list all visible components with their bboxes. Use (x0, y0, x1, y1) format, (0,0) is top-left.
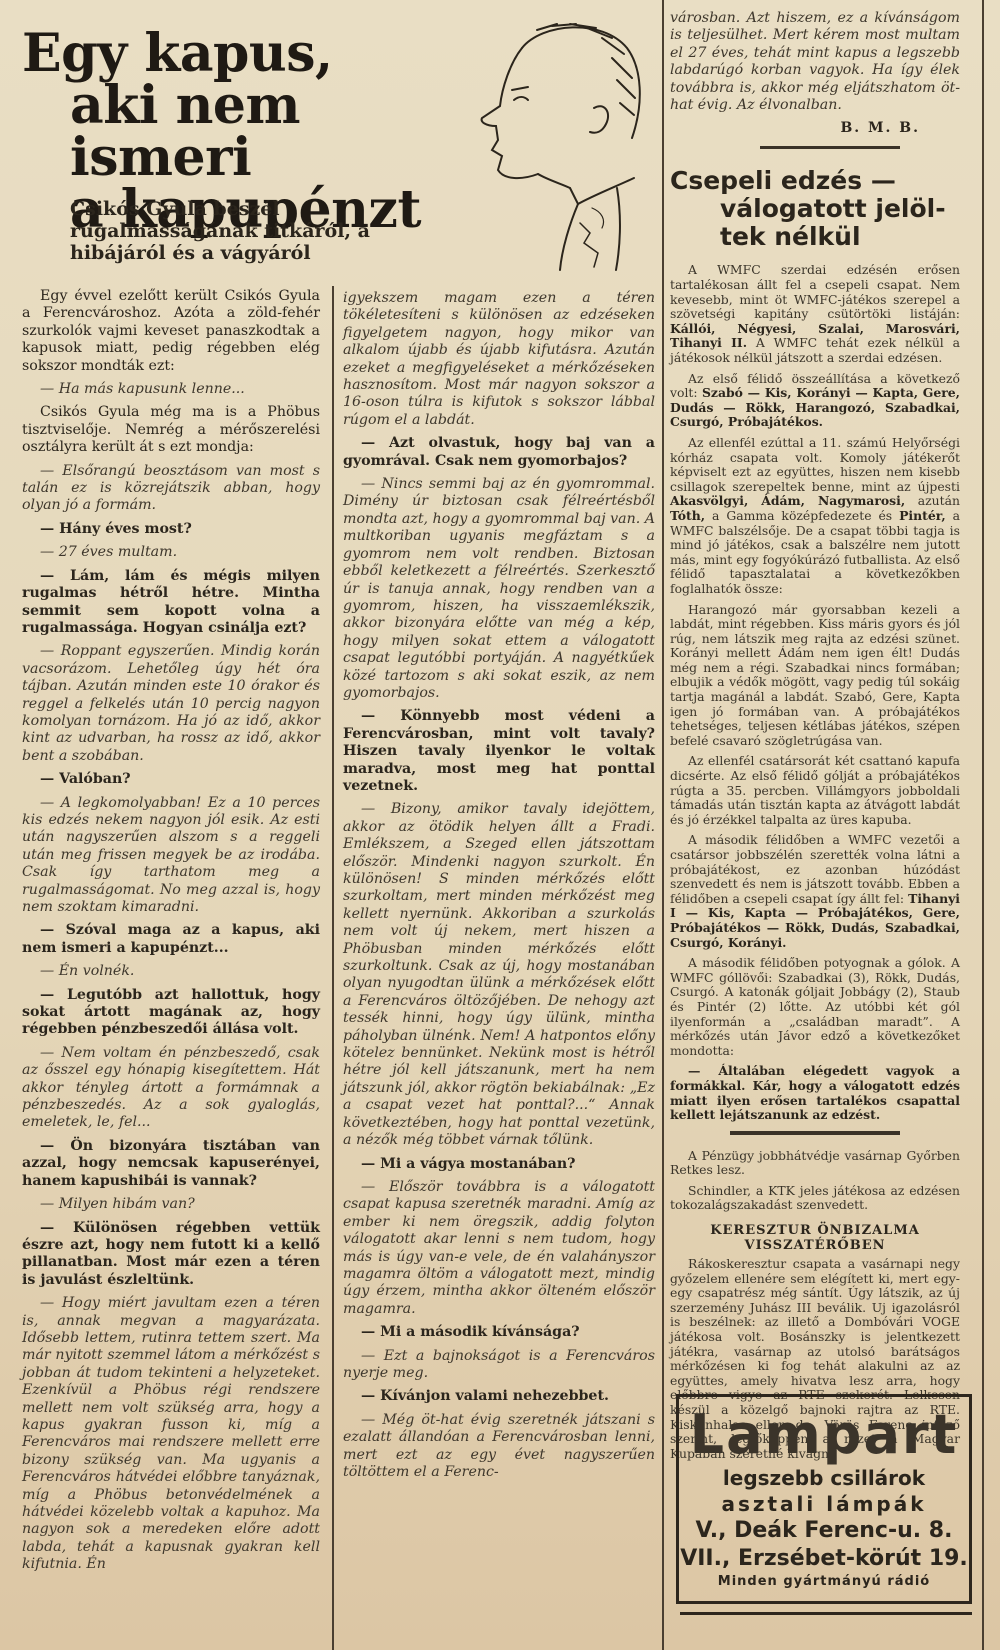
player-names: Szabó — Kis, Korányi — Kapta, Gere, Dudá… (670, 385, 960, 429)
question-paragraph: — Mi a második kívánsága? (343, 1324, 655, 1341)
csepel-article-body: A WMFC szerdai edzésén erősen tartalékos… (670, 263, 960, 1122)
question-paragraph: — Hány éves most? (22, 521, 320, 538)
csepel-title-line-2: válogatott jelöl- (720, 195, 960, 223)
csepel-paragraph: A WMFC szerdai edzésén erősen tartalékos… (670, 263, 960, 365)
article-column-2: igyekszem magam ezen a téren tökéletesít… (343, 290, 655, 1487)
csepel-paragraph: Az ellenfél csatársorát két csattanó kap… (670, 754, 960, 827)
player-names: Pintér, (899, 508, 946, 523)
ad-line-2: asztali lámpák (679, 1491, 969, 1517)
section-divider (730, 1131, 900, 1135)
csepel-paragraph: Harangozó már gyorsabban kezeli a labdát… (670, 603, 960, 749)
text-run: A WMFC szerdai edzésén erősen tartalékos… (670, 262, 960, 321)
headline-line-2: aki nem ismeri (70, 80, 452, 184)
text-run: a Gamma középfedezete és (705, 508, 899, 523)
question-paragraph: — Lám, lám és mégis milyen rugalmas hétr… (22, 568, 320, 638)
short-news-item: Schindler, a KTK jeles játékosa az edzés… (670, 1184, 960, 1213)
text-run: azután (905, 493, 960, 508)
answer-paragraph: — Nem voltam én pénzbeszedő, csak az őss… (22, 1045, 320, 1132)
question-paragraph: — Szóval maga az a kapus, aki nem ismeri… (22, 922, 320, 957)
short-news-item: A Pénzügy jobbhátvédje vasárnap Győrben … (670, 1149, 960, 1178)
article-column-1: Egy évvel ezelőtt került Csikós Gyula a … (22, 288, 320, 1580)
question-paragraph: — Különösen régebben vettük észre azt, h… (22, 1220, 320, 1290)
answer-paragraph: városban. Azt hiszem, ez a kívánságom is… (670, 10, 960, 114)
headline-line-1: Egy kapus, (22, 28, 452, 80)
ad-line-1: legszebb csillárok (679, 1465, 969, 1491)
ad-brand: Lampart (679, 1405, 969, 1465)
player-names: — Általában elégedett vagyok a formákkal… (670, 1063, 960, 1122)
answer-paragraph: — Hogy miért javultam ezen a téren is, a… (22, 1295, 320, 1574)
question-paragraph: — Legutóbb azt hallottuk, hogy sokat árt… (22, 987, 320, 1039)
article-subheadline: Csikós Gyula beszél rugalmasságának titk… (70, 198, 450, 264)
answer-paragraph: — A legkomolyabban! Ez a 10 perces kis e… (22, 795, 320, 917)
newspaper-page: Egy kapus, aki nem ismeri a kapupénzt Cs… (0, 0, 1000, 1650)
answer-paragraph: — Ezt a bajnokságot is a Ferencváros nye… (343, 1348, 655, 1383)
question-paragraph: — Kívánjon valami nehezebbet. (343, 1388, 655, 1405)
paragraph: Csikós Gyula még ma is a Phöbus tisztvis… (22, 404, 320, 456)
csepel-paragraph: A második félidőben potyognak a gólok. A… (670, 956, 960, 1058)
player-names: Akasvölgyi, Ádám, Nagymarosi, (670, 493, 905, 508)
answer-paragraph: — Milyen hibám van? (22, 1196, 320, 1213)
text-run: Az ellenfél csatársorát két csattanó kap… (670, 753, 960, 826)
question-paragraph: — Könnyebb most védeni a Ferencvárosban,… (343, 708, 655, 795)
question-paragraph: — Valóban? (22, 771, 320, 788)
csepel-paragraph: A második félidőben a WMFC vezetői a csa… (670, 833, 960, 950)
section-divider (760, 146, 900, 149)
ad-footer: Minden gyártmányú rádió (679, 1573, 969, 1591)
column-divider (332, 286, 334, 1650)
paragraph: Egy évvel ezelőtt került Csikós Gyula a … (22, 288, 320, 375)
answer-paragraph: — Roppant egyszerűen. Mindig korán vacso… (22, 643, 320, 765)
answer-paragraph: igyekszem magam ezen a téren tökéletesít… (343, 290, 655, 429)
text-run: A második félidőben potyognak a gólok. A… (670, 955, 960, 1058)
player-names: Tóth, (670, 508, 705, 523)
kesztur-article-title: KERESZTUR ÖNBIZALMA VISSZATÉRŐBEN (670, 1223, 960, 1253)
answer-paragraph: — 27 éves multam. (22, 544, 320, 561)
ad-bottom-rule (680, 1612, 972, 1615)
csepel-title-line-3: tek nélkül (720, 223, 960, 251)
csepel-article-title: Csepeli edzés — válogatott jelöl- tek né… (670, 167, 960, 251)
csepel-title-line-1: Csepeli edzés — (670, 166, 896, 195)
portrait-sketch-icon (452, 8, 652, 278)
answer-paragraph: — Először továbbra is a válogatott csapa… (343, 1179, 655, 1318)
article-column-3: városban. Azt hiszem, ez a kívánságom is… (670, 10, 960, 1461)
lampart-advertisement: Lampart legszebb csillárok asztali lámpá… (676, 1394, 972, 1604)
answer-paragraph: — Bizony, amikor tavaly idejöttem, akkor… (343, 801, 655, 1149)
column-divider (662, 0, 664, 1650)
author-signature: B. M. B. (670, 120, 920, 136)
question-paragraph: — Azt olvastuk, hogy baj van a gyomrával… (343, 435, 655, 470)
text-run: Harangozó már gyorsabban kezeli a labdát… (670, 602, 960, 748)
answer-paragraph: — Ha más kapusunk lenne... (22, 381, 320, 398)
ad-address-2: VII., Erzsébet-körút 19. (679, 1545, 969, 1573)
ad-address-1: V., Deák Ferenc-u. 8. (679, 1517, 969, 1545)
question-paragraph: — Mi a vágya mostanában? (343, 1156, 655, 1173)
answer-paragraph: — Elsőrangú beosztásom van most s talán … (22, 463, 320, 515)
column-divider (982, 0, 984, 1650)
adjacent-column-edge (986, 0, 1000, 1650)
text-run: Az ellenfél ezúttal a 11. számú Helyőrsé… (670, 435, 960, 494)
question-paragraph: — Ön bizonyára tisztában van azzal, hogy… (22, 1138, 320, 1190)
answer-paragraph: — Még öt-hat évig szeretnék játszani s e… (343, 1412, 655, 1482)
csepel-paragraph: — Általában elégedett vagyok a formákkal… (670, 1064, 960, 1122)
answer-paragraph: — Én volnék. (22, 963, 320, 980)
csepel-paragraph: Az ellenfél ezúttal a 11. számú Helyőrsé… (670, 436, 960, 597)
answer-paragraph: — Nincs semmi baj az én gyomrommal. Dimé… (343, 476, 655, 702)
csepel-paragraph: Az első félidő összeállítása a következő… (670, 372, 960, 430)
